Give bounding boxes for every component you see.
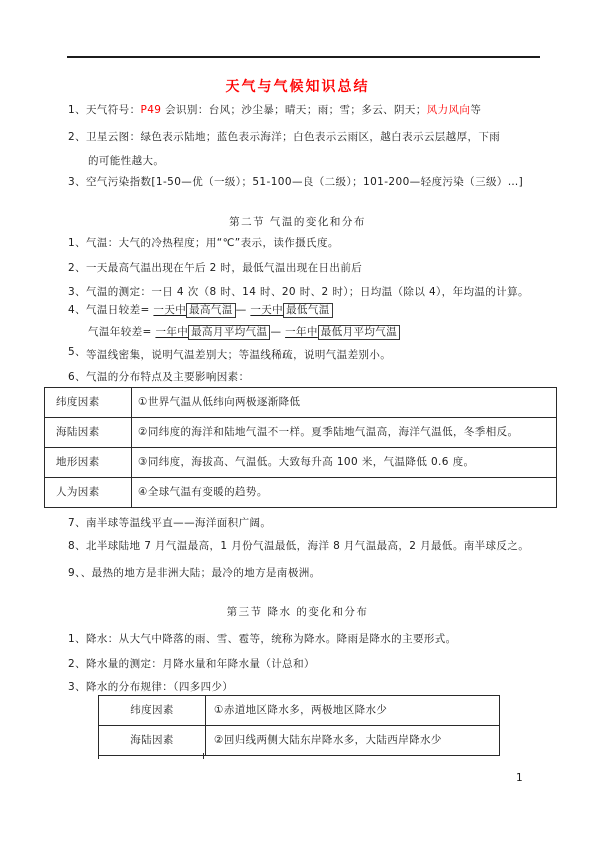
table-row: 海陆因素 ②回归线两侧大陆东岸降水多，大陆西岸降水少 xyxy=(99,726,500,756)
row-text: ①赤道地区降水多，两极地区降水少 xyxy=(206,696,500,726)
row-label: 海陆因素 xyxy=(99,726,206,756)
text-run: 4、气温日较差= xyxy=(68,304,153,316)
section2-item9: 9、、最热的地方是非洲大陆；最冷的地方是南极洲。 xyxy=(68,566,321,580)
text-run: — xyxy=(270,326,285,338)
section2-item2: 2、一天最高气温出现在午后 2 时，最低气温出现在日出前后 xyxy=(68,261,362,275)
section2-item7: 7、南半球等温线平直——海洋面积广阔。 xyxy=(68,516,271,530)
section2-item5: 5、等温线密集，说明气温差别大；等温线稀疏，说明气温差别小。 xyxy=(68,348,391,362)
section3-item3: 3、降水的分布规律：（四多四少） xyxy=(68,680,233,694)
row-text: ②同纬度的海洋和陆地气温不一样。夏季陆地气温高，海洋气温低，冬季相反。 xyxy=(132,418,557,448)
row-text: ②回归线两侧大陆东岸降水多，大陆西岸降水少 xyxy=(206,726,500,756)
table-row: 海陆因素 ②同纬度的海洋和陆地气温不一样。夏季陆地气温高，海洋气温低，冬季相反。 xyxy=(45,418,557,448)
table-continuation-stub xyxy=(98,753,99,759)
document-page: 天气与气候知识总结 1、天气符号：P49 会识别：台风；沙尘暴；晴天；雨；雪；多… xyxy=(0,0,595,842)
underlined-term: 一天中 xyxy=(250,304,283,316)
row-text: ④全球气温有变暖的趋势。 xyxy=(132,478,557,508)
boxed-term-max-temp: 最高气温 xyxy=(186,303,236,318)
temperature-factors-table: 纬度因素 ①世界气温从低纬向两极逐渐降低 海陆因素 ②同纬度的海洋和陆地气温不一… xyxy=(44,387,557,508)
highlight-wind: 风力风向 xyxy=(427,104,471,116)
text-run: 等温线密集，说明气温差别大；等温线稀疏，说明气温差别小。 xyxy=(86,349,391,361)
table-continuation-stub xyxy=(203,753,204,759)
boxed-term-min-month-temp: 最低月平均气温 xyxy=(318,325,400,340)
underlined-term: 一年中 xyxy=(155,326,188,338)
section2-item8: 8、北半球陆地 7 月气温最高，1 月份气温最低，海洋 8 月气温最高，2 月最… xyxy=(68,539,529,553)
row-text: ①世界气温从低纬向两极逐渐降低 xyxy=(132,388,557,418)
boxed-term-max-month-temp: 最高月平均气温 xyxy=(188,325,270,340)
table-row: 纬度因素 ①赤道地区降水多，两极地区降水少 xyxy=(99,696,500,726)
section3-item2: 2、降水量的测定：月降水量和年降水量（计总和） xyxy=(68,657,315,671)
text-run: 1、天气符号： xyxy=(68,104,140,116)
section2-item4-annual-range: 气温年较差= 一年中最高月平均气温— 一年中最低月平均气温 xyxy=(88,325,400,339)
underlined-term: 一年中 xyxy=(285,326,318,338)
boxed-term-min-temp: 最低气温 xyxy=(283,303,333,318)
page-title: 天气与气候知识总结 xyxy=(0,76,595,96)
row-label: 纬度因素 xyxy=(45,388,132,418)
section2-heading: 第二节 气温的变化和分布 xyxy=(0,215,595,229)
text-run: — xyxy=(236,304,251,316)
precipitation-factors-table: 纬度因素 ①赤道地区降水多，两极地区降水少 海陆因素 ②回归线两侧大陆东岸降水多… xyxy=(98,695,500,756)
highlight-p49: P49 xyxy=(140,104,161,116)
row-label: 地形因素 xyxy=(45,448,132,478)
item-number: 5、 xyxy=(68,346,86,358)
section2-item1: 1、气温：大气的冷热程度；用“℃”表示，读作摄氏度。 xyxy=(68,236,339,250)
section3-heading: 第三节 降水 的变化和分布 xyxy=(0,605,595,619)
table-row: 人为因素 ④全球气温有变暖的趋势。 xyxy=(45,478,557,508)
section2-item4-daily-range: 4、气温日较差= 一天中最高气温— 一天中最低气温 xyxy=(68,303,333,317)
intro-item-weather-symbols: 1、天气符号：P49 会识别：台风；沙尘暴；晴天；雨；雪；多云、阴天；风力风向等 xyxy=(68,103,481,117)
table-row: 地形因素 ③同纬度，海拔高、气温低。大致每升高 100 米，气温降低 0.6 度… xyxy=(45,448,557,478)
table-row: 纬度因素 ①世界气温从低纬向两极逐渐降低 xyxy=(45,388,557,418)
intro-item-air-pollution: 3、空气污染指数[1-50—优（一级）；51-100—良（二级）；101-200… xyxy=(68,175,523,189)
row-label: 海陆因素 xyxy=(45,418,132,448)
text-run: 等 xyxy=(470,104,481,116)
page-number: 1 xyxy=(516,772,523,784)
intro-item-satellite-line2: 的可能性越大。 xyxy=(88,154,164,168)
row-text: ③同纬度，海拔高、气温低。大致每升高 100 米，气温降低 0.6 度。 xyxy=(132,448,557,478)
row-label: 纬度因素 xyxy=(99,696,206,726)
section2-item3: 3、气温的测定：一日 4 次（8 时、14 时、20 时、2 时）；日均温（除以… xyxy=(68,285,529,299)
section2-item6: 6、气温的分布特点及主要影响因素： xyxy=(68,370,249,384)
section3-item1: 1、降水：从大气中降落的雨、雪、雹等，统称为降水。降雨是降水的主要形式。 xyxy=(68,632,457,646)
row-label: 人为因素 xyxy=(45,478,132,508)
text-run: 气温年较差= xyxy=(88,326,155,338)
intro-item-satellite-line1: 2、卫星云图：绿色表示陆地；蓝色表示海洋；白色表示云雨区，越白表示云层越厚，下雨 xyxy=(68,130,500,144)
underlined-term: 一天中 xyxy=(153,304,186,316)
header-rule xyxy=(67,56,540,58)
text-run: 会识别：台风；沙尘暴；晴天；雨；雪；多云、阴天； xyxy=(161,104,426,116)
